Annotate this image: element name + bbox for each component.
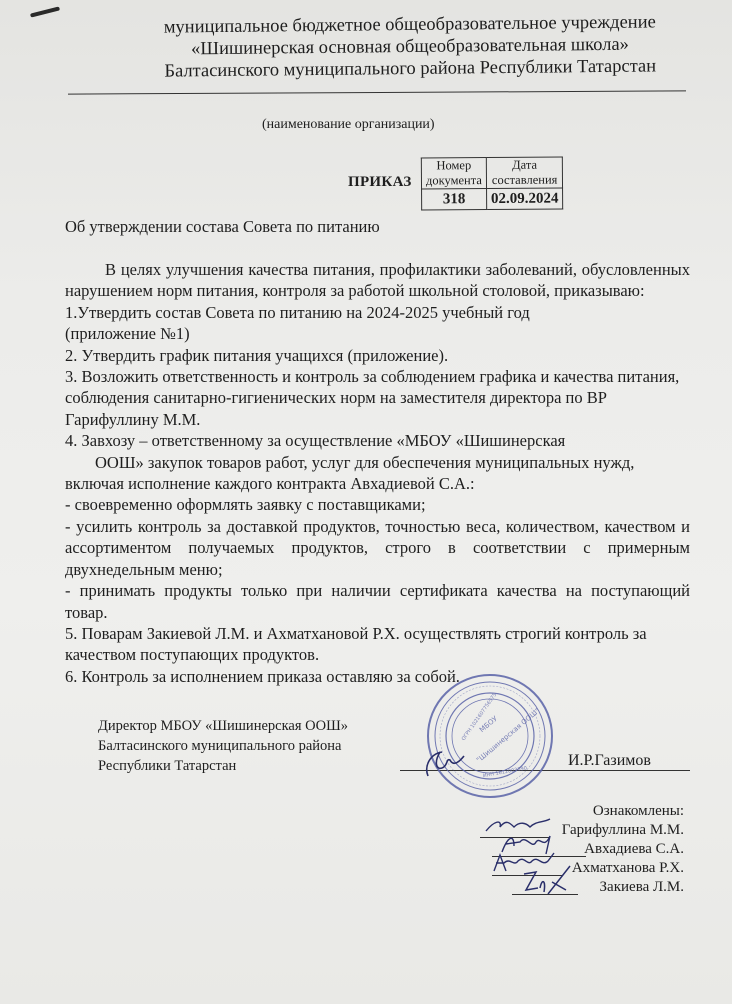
item-2: 2. Утвердить график питания учащихся (пр… xyxy=(65,345,690,366)
item-4-cont: ООШ» закупок товаров работ, услуг для об… xyxy=(65,452,690,495)
ack-name: Закиева Л.М. xyxy=(600,878,684,897)
preamble: В целях улучшения качества питания, проф… xyxy=(65,259,690,302)
director-name: И.Р.Газимов xyxy=(568,752,651,770)
item-4-sub-2: - усилить контроль за доставкой продукто… xyxy=(65,516,690,580)
order-title: ПРИКАЗ xyxy=(348,174,412,191)
doc-number-value: 318 xyxy=(422,189,487,210)
item-3: 3. Возложить ответственность и контроль … xyxy=(65,366,690,430)
ack-name: Ахматханова Р.Х. xyxy=(572,859,684,878)
item-6: 6. Контроль за исполнением приказа остав… xyxy=(65,666,690,687)
svg-text:"Шишинерская ООШ": "Шишинерская ООШ" xyxy=(475,707,541,765)
doc-number-header: Номер документа xyxy=(421,158,486,189)
ack-row: Гарифуллина М.М. xyxy=(460,821,684,840)
position-line: Директор МБОУ «Шишинерская ООШ» xyxy=(98,716,348,736)
organization-caption: (наименование организации) xyxy=(262,117,435,133)
position-line: Балтасинского муниципального района xyxy=(98,736,348,756)
document-page: муниципальное бюджетное общеобразователь… xyxy=(0,0,732,1004)
order-subject: Об утверждении состава Совета по питанию xyxy=(65,217,380,237)
ack-row: Закиева Л.М. xyxy=(460,878,684,897)
item-4-sub-3: - принимать продукты только при наличии … xyxy=(65,580,690,623)
staple-mark xyxy=(30,6,60,17)
item-5: 5. Поварам Закиевой Л.М. и Ахматхановой … xyxy=(65,623,690,666)
official-stamp-icon: МБОУ "Шишинерская ООШ" ОГРН 102160775657… xyxy=(425,672,555,800)
director-signature-icon xyxy=(420,748,470,778)
doc-date-header: Дата составления xyxy=(486,157,563,189)
doc-date-value: 02.09.2024 xyxy=(486,188,563,210)
item-4-sub-1: - своевременно оформлять заявку с постав… xyxy=(65,494,690,515)
ack-name: Авхадиева С.А. xyxy=(584,840,684,859)
organization-header: муниципальное бюджетное общеобразователь… xyxy=(150,11,671,82)
order-body: В целях улучшения качества питания, проф… xyxy=(65,259,690,687)
handwritten-signature-icon xyxy=(518,864,578,898)
position-line: Республики Татарстан xyxy=(98,756,348,776)
ack-title: Ознакомлены: xyxy=(593,802,684,821)
item-1: 1.Утвердить состав Совета по питанию на … xyxy=(65,302,545,345)
director-position: Директор МБОУ «Шишинерская ООШ» Балтасин… xyxy=(98,716,348,776)
org-line: Балтасинского муниципального района Респ… xyxy=(150,55,670,82)
header-divider xyxy=(68,90,686,94)
acknowledgement-block: Ознакомлены: Гарифуллина М.М. Авхадиева … xyxy=(460,802,684,897)
ack-name: Гарифуллина М.М. xyxy=(562,821,684,840)
document-info-table: Номер документа Дата составления 318 02.… xyxy=(421,157,564,211)
item-4: 4. Завхозу – ответственному за осуществл… xyxy=(65,430,690,451)
